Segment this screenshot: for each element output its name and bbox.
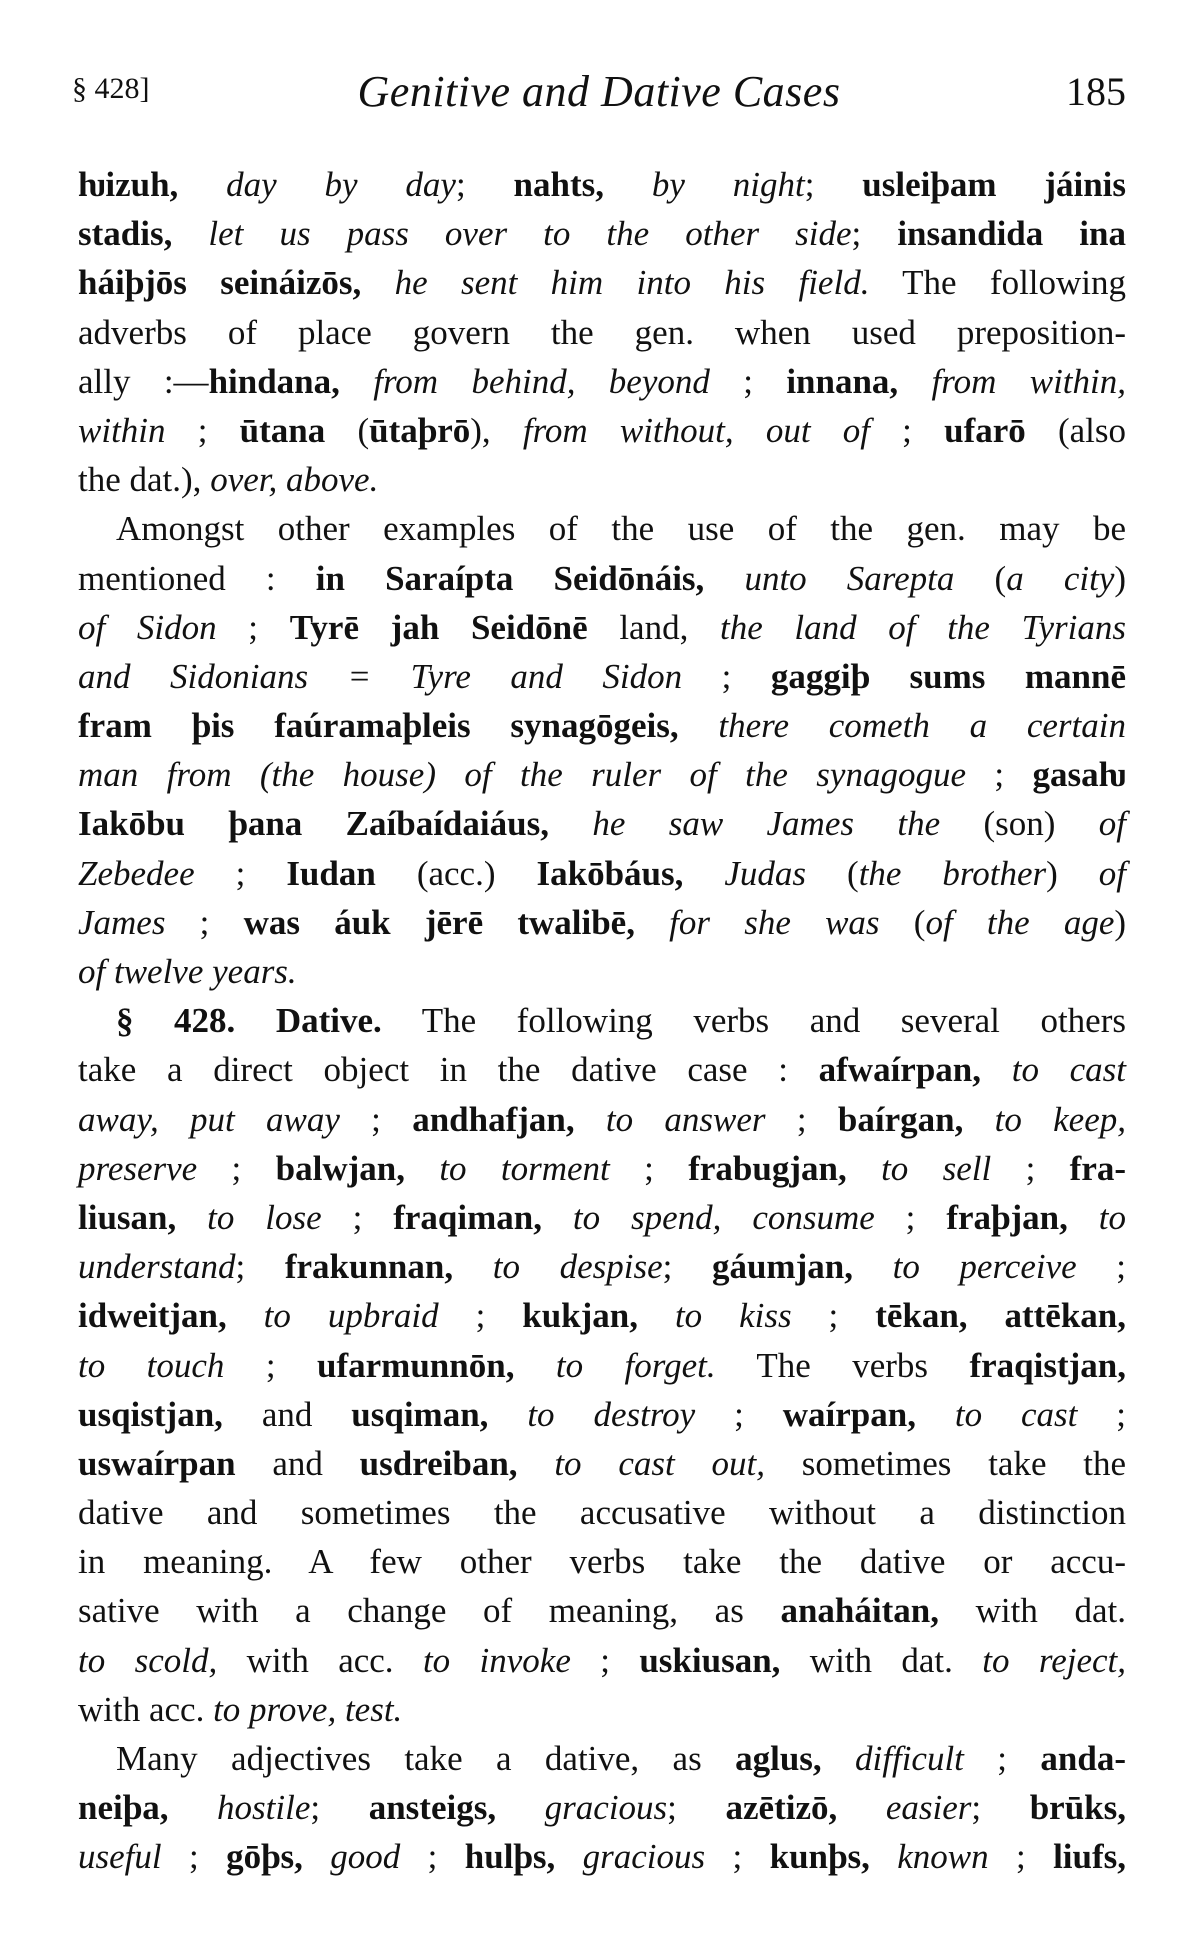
body-text: and bbox=[236, 1444, 360, 1483]
body-text bbox=[870, 1837, 897, 1876]
body-text: and bbox=[223, 1395, 351, 1434]
page-number: 185 bbox=[1066, 68, 1126, 115]
body-text: ; bbox=[166, 411, 240, 450]
body-text bbox=[405, 1149, 439, 1188]
body-text: ( bbox=[325, 411, 369, 450]
text-line: dative and sometimes the accusative with… bbox=[78, 1488, 1126, 1537]
body-text: ; bbox=[1077, 1247, 1126, 1286]
gothic-term: anda- bbox=[1040, 1739, 1126, 1778]
translation-text: a city bbox=[1006, 559, 1114, 598]
gothic-term: uskiusan, bbox=[639, 1641, 780, 1680]
body-text: (son) bbox=[940, 804, 1099, 843]
translation-text: hostile bbox=[217, 1788, 310, 1827]
body-text bbox=[176, 1198, 207, 1237]
translation-text: to spend, consume bbox=[573, 1198, 875, 1237]
gothic-term: afwaírpan, bbox=[819, 1050, 981, 1089]
gothic-term: andhafjan, bbox=[412, 1100, 574, 1139]
gothic-term: aglus, bbox=[735, 1739, 822, 1778]
body-text bbox=[178, 165, 226, 204]
gothic-term: idweitjan, bbox=[78, 1296, 227, 1335]
gothic-term: usqiman, bbox=[351, 1395, 488, 1434]
body-text bbox=[172, 214, 208, 253]
gothic-term: liusan, bbox=[78, 1198, 176, 1237]
body-text: land, bbox=[588, 608, 720, 647]
translation-text: day by day bbox=[226, 165, 456, 204]
translation-text: there cometh a certain bbox=[718, 706, 1126, 745]
body-text bbox=[916, 1395, 955, 1434]
translation-text: by night bbox=[652, 165, 805, 204]
text-line: within ; ūtana (ūtaþrō), from without, o… bbox=[78, 406, 1126, 455]
translation-text: of bbox=[1099, 854, 1126, 893]
text-line: away, put away ; andhafjan, to answer ; … bbox=[78, 1095, 1126, 1144]
body-text: ) bbox=[1046, 854, 1099, 893]
body-text: ; bbox=[571, 1641, 639, 1680]
body-text: ; bbox=[852, 214, 898, 253]
text-line: adverbs of place govern the gen. when us… bbox=[78, 308, 1126, 357]
translation-text: he sent him into his field. bbox=[395, 263, 870, 302]
body-text bbox=[822, 1739, 855, 1778]
body-text: ( bbox=[880, 903, 926, 942]
translation-text: to despise bbox=[493, 1247, 663, 1286]
gothic-term: gaggiþ sums mannē bbox=[771, 657, 1126, 696]
body-text bbox=[361, 263, 394, 302]
translation-text: man from (the house) of the ruler of the… bbox=[78, 755, 966, 794]
gothic-term: insandida ina bbox=[897, 214, 1126, 253]
body-text: The following bbox=[869, 263, 1126, 302]
body-text: Amongst other examples of the use of the… bbox=[116, 509, 1126, 548]
gothic-term: frabugjan, bbox=[688, 1149, 847, 1188]
body-text: mentioned : bbox=[78, 559, 316, 598]
translation-text: to cast bbox=[1012, 1050, 1126, 1089]
translation-text: from behind, beyond bbox=[373, 362, 710, 401]
gothic-term: azētizō, bbox=[726, 1788, 838, 1827]
gothic-term: was áuk jērē twalibē, bbox=[244, 903, 635, 942]
translation-text: from within, bbox=[932, 362, 1126, 401]
gothic-term: fraqiman, bbox=[393, 1198, 542, 1237]
translation-text: to perceive bbox=[893, 1247, 1077, 1286]
text-line: idweitjan, to upbraid ; kukjan, to kiss … bbox=[78, 1291, 1126, 1340]
translation-text: understand bbox=[78, 1247, 236, 1286]
translation-text: Zebedee bbox=[78, 854, 195, 893]
text-line: with acc. to prove, test. bbox=[78, 1685, 1126, 1734]
body-text: the dat.), bbox=[78, 460, 210, 499]
body-text: ; bbox=[792, 1296, 876, 1335]
body-text bbox=[227, 1296, 264, 1335]
translation-text: within bbox=[78, 411, 166, 450]
translation-text: to torment bbox=[439, 1149, 609, 1188]
body-text: ; bbox=[340, 1100, 412, 1139]
gothic-term: ufarō bbox=[944, 411, 1026, 450]
body-text: ; bbox=[224, 1346, 317, 1385]
body-text bbox=[853, 1247, 893, 1286]
gothic-term: brūks, bbox=[1030, 1788, 1126, 1827]
translation-text: the land of the Tyrians bbox=[720, 608, 1126, 647]
gothic-term: kukjan, bbox=[522, 1296, 638, 1335]
body-text: sative with a change of meaning, as bbox=[78, 1591, 780, 1630]
gothic-term: ufarmunnōn, bbox=[317, 1346, 514, 1385]
gothic-term: frakunnan, bbox=[285, 1247, 453, 1286]
body-text: adverbs of place govern the gen. when us… bbox=[78, 313, 1126, 352]
text-line: háiþjōs seináizōs, he sent him into his … bbox=[78, 258, 1126, 307]
body-text: ) bbox=[1114, 559, 1126, 598]
translation-text: James bbox=[78, 903, 165, 942]
translation-text: useful bbox=[78, 1837, 162, 1876]
gothic-term: usdreiban, bbox=[360, 1444, 518, 1483]
translation-text: of Sidon bbox=[78, 608, 217, 647]
body-text: ( bbox=[806, 854, 859, 893]
translation-text: to destroy bbox=[527, 1395, 695, 1434]
text-line: useful ; gōþs, good ; hulþs, gracious ; … bbox=[78, 1832, 1126, 1881]
body-text: ; bbox=[663, 1247, 712, 1286]
gothic-term: fram þis faúramaþleis synagōgeis, bbox=[78, 706, 679, 745]
body-text: ; bbox=[966, 755, 1033, 794]
body-text bbox=[981, 1050, 1012, 1089]
body-text: ( bbox=[954, 559, 1006, 598]
text-line: ƕizuh, day by day; nahts, by night; usle… bbox=[78, 160, 1126, 209]
translation-text: good bbox=[330, 1837, 400, 1876]
body-text: ; bbox=[439, 1296, 523, 1335]
text-line: usqistjan, and usqiman, to destroy ; waí… bbox=[78, 1390, 1126, 1439]
translation-text: to cast bbox=[955, 1395, 1078, 1434]
body-text: ; bbox=[162, 1837, 226, 1876]
text-line: to scold, with acc. to invoke ; uskiusan… bbox=[78, 1636, 1126, 1685]
text-line: uswaírpan and usdreiban, to cast out, so… bbox=[78, 1439, 1126, 1488]
body-text bbox=[555, 1837, 582, 1876]
body-text: take a direct object in the dative case … bbox=[78, 1050, 819, 1089]
running-header: § 428] Genitive and Dative Cases 185 bbox=[72, 66, 1126, 126]
body-text bbox=[683, 854, 724, 893]
text-line: and Sidonians = Tyre and Sidon ; gaggiþ … bbox=[78, 652, 1126, 701]
body-text bbox=[453, 1247, 493, 1286]
gothic-term: in Saraípta Seidōnáis, bbox=[316, 559, 705, 598]
translation-text: unto Sarepta bbox=[744, 559, 954, 598]
body-text bbox=[635, 903, 669, 942]
body-text: The following verbs and several others bbox=[382, 1001, 1126, 1040]
translation-text: to forget. bbox=[556, 1346, 716, 1385]
gothic-term: usqistjan, bbox=[78, 1395, 223, 1434]
body-text: ; bbox=[705, 1837, 769, 1876]
body-text: (also bbox=[1026, 411, 1126, 450]
translation-text: to bbox=[1099, 1198, 1126, 1237]
translation-text: of bbox=[1099, 804, 1126, 843]
gothic-term: ansteigs, bbox=[369, 1788, 496, 1827]
body-text: ; bbox=[989, 1837, 1053, 1876]
gothic-term: háiþjōs seináizōs, bbox=[78, 263, 361, 302]
body-text: ; bbox=[971, 1788, 1029, 1827]
gothic-term: § 428. Dative. bbox=[116, 1001, 382, 1040]
gothic-term: anaháitan, bbox=[780, 1591, 939, 1630]
body-text: ; bbox=[217, 608, 290, 647]
text-line: of Sidon ; Tyrē jah Seidōnē land, the la… bbox=[78, 603, 1126, 652]
gothic-term: gáumjan, bbox=[712, 1247, 853, 1286]
body-text: with dat. bbox=[780, 1641, 982, 1680]
body-text bbox=[542, 1198, 573, 1237]
body-text bbox=[518, 1444, 555, 1483]
translation-text: to reject, bbox=[982, 1641, 1126, 1680]
body-text: ; bbox=[695, 1395, 783, 1434]
translation-text: of twelve years. bbox=[78, 952, 297, 991]
body-text bbox=[303, 1837, 330, 1876]
translation-text: gracious bbox=[583, 1837, 706, 1876]
body-text bbox=[549, 804, 592, 843]
body-text: ; bbox=[610, 1149, 688, 1188]
text-line: in meaning. A few other verbs take the d… bbox=[78, 1537, 1126, 1586]
gothic-term: ūtana bbox=[240, 411, 326, 450]
gothic-term: hindana, bbox=[209, 362, 340, 401]
gothic-term: uswaírpan bbox=[78, 1444, 236, 1483]
gothic-term: innana, bbox=[786, 362, 898, 401]
gothic-term: fraþjan, bbox=[946, 1198, 1068, 1237]
translation-text: let us pass over to the other side bbox=[208, 214, 851, 253]
body-text bbox=[514, 1346, 555, 1385]
page-body-text: ƕizuh, day by day; nahts, by night; usle… bbox=[78, 160, 1126, 1882]
body-text bbox=[847, 1149, 881, 1188]
body-text: ; bbox=[165, 903, 243, 942]
body-text bbox=[604, 165, 652, 204]
translation-text: over, above. bbox=[210, 460, 378, 499]
text-line: Amongst other examples of the use of the… bbox=[78, 504, 1126, 553]
gothic-term: ƕizuh, bbox=[78, 165, 178, 204]
gothic-term: usleiþam jáinis bbox=[862, 165, 1126, 204]
body-text: ; bbox=[1077, 1395, 1126, 1434]
body-text: ; bbox=[197, 1149, 275, 1188]
gothic-term: fra- bbox=[1070, 1149, 1126, 1188]
gothic-term: ūtaþrō bbox=[369, 411, 470, 450]
translation-text: to cast out, bbox=[554, 1444, 765, 1483]
text-line: James ; was áuk jērē twalibē, for she wa… bbox=[78, 898, 1126, 947]
text-line: ally :—hindana, from behind, beyond ; in… bbox=[78, 357, 1126, 406]
body-text: ; bbox=[964, 1739, 1040, 1778]
body-text: dative and sometimes the accusative with… bbox=[78, 1493, 1126, 1532]
body-text bbox=[1068, 1198, 1099, 1237]
gothic-term: stadis, bbox=[78, 214, 172, 253]
text-line: neiþa, hostile; ansteigs, gracious; azēt… bbox=[78, 1783, 1126, 1832]
body-text: ally :— bbox=[78, 362, 209, 401]
gothic-term: tēkan, attēkan, bbox=[875, 1296, 1126, 1335]
body-text bbox=[963, 1100, 994, 1139]
translation-text: known bbox=[897, 1837, 988, 1876]
translation-text: to invoke bbox=[423, 1641, 571, 1680]
body-text bbox=[638, 1296, 675, 1335]
translation-text: to answer bbox=[606, 1100, 766, 1139]
gothic-term: Iakōbu þana Zaíbaídaiáus, bbox=[78, 804, 549, 843]
text-line: mentioned : in Saraípta Seidōnáis, unto … bbox=[78, 554, 1126, 603]
body-text: ; bbox=[710, 362, 786, 401]
body-text: (acc.) bbox=[376, 854, 537, 893]
gothic-term: neiþa, bbox=[78, 1788, 168, 1827]
body-text: with acc. bbox=[78, 1690, 213, 1729]
translation-text: to scold, bbox=[78, 1641, 217, 1680]
body-text bbox=[496, 1788, 545, 1827]
translation-text: to kiss bbox=[675, 1296, 792, 1335]
body-text bbox=[488, 1395, 527, 1434]
body-text: with dat. bbox=[939, 1591, 1126, 1630]
body-text bbox=[898, 362, 931, 401]
gothic-term: Iakōbáus, bbox=[536, 854, 683, 893]
translation-text: Judas bbox=[724, 854, 806, 893]
body-text bbox=[340, 362, 373, 401]
text-line: man from (the house) of the ruler of the… bbox=[78, 750, 1126, 799]
gothic-term: Tyrē jah Seidōnē bbox=[290, 608, 588, 647]
translation-text: for she was bbox=[669, 903, 879, 942]
gothic-term: gasaƕ bbox=[1033, 755, 1126, 794]
translation-text: easier bbox=[886, 1788, 972, 1827]
translation-text: difficult bbox=[855, 1739, 964, 1778]
body-text: ; bbox=[310, 1788, 368, 1827]
translation-text: to touch bbox=[78, 1346, 224, 1385]
text-line: to touch ; ufarmunnōn, to forget. The ve… bbox=[78, 1341, 1126, 1390]
translation-text: to sell bbox=[881, 1149, 991, 1188]
gothic-term: kunþs, bbox=[770, 1837, 870, 1876]
gothic-term: fraqistjan, bbox=[969, 1346, 1126, 1385]
translation-text: he saw James the bbox=[592, 804, 940, 843]
gothic-term: baírgan, bbox=[838, 1100, 963, 1139]
text-line: fram þis faúramaþleis synagōgeis, there … bbox=[78, 701, 1126, 750]
body-text: ; bbox=[456, 165, 514, 204]
translation-text: to lose bbox=[207, 1198, 322, 1237]
gothic-term: waírpan, bbox=[783, 1395, 916, 1434]
body-text: ; bbox=[682, 657, 771, 696]
translation-text: of the age bbox=[925, 903, 1114, 942]
translation-text: from without, out of bbox=[523, 411, 870, 450]
body-text: ) bbox=[1114, 903, 1126, 942]
body-text: ; bbox=[991, 1149, 1069, 1188]
text-line: Iakōbu þana Zaíbaídaiáus, he saw James t… bbox=[78, 799, 1126, 848]
body-text bbox=[837, 1788, 886, 1827]
gothic-term: balwjan, bbox=[276, 1149, 405, 1188]
body-text: ; bbox=[236, 1247, 285, 1286]
text-line: the dat.), over, above. bbox=[78, 455, 1126, 504]
gothic-term: nahts, bbox=[514, 165, 604, 204]
translation-text: to prove, test. bbox=[213, 1690, 402, 1729]
body-text: ; bbox=[400, 1837, 464, 1876]
body-text: ; bbox=[322, 1198, 394, 1237]
translation-text: and Sidonians = Tyre and Sidon bbox=[78, 657, 682, 696]
translation-text: away, put away bbox=[78, 1100, 340, 1139]
text-line: stadis, let us pass over to the other si… bbox=[78, 209, 1126, 258]
body-text: in meaning. A few other verbs take the d… bbox=[78, 1542, 1126, 1581]
text-line: sative with a change of meaning, as anah… bbox=[78, 1586, 1126, 1635]
gothic-term: gōþs, bbox=[226, 1837, 303, 1876]
body-text bbox=[704, 559, 744, 598]
translation-text: gracious bbox=[545, 1788, 668, 1827]
text-line: § 428. Dative. The following verbs and s… bbox=[78, 996, 1126, 1045]
body-text: ), bbox=[470, 411, 523, 450]
gothic-term: Iudan bbox=[286, 854, 376, 893]
translation-text: to upbraid bbox=[264, 1296, 439, 1335]
gothic-term: hulþs, bbox=[465, 1837, 556, 1876]
text-line: understand; frakunnan, to despise; gáumj… bbox=[78, 1242, 1126, 1291]
body-text: with acc. bbox=[217, 1641, 423, 1680]
body-text bbox=[575, 1100, 606, 1139]
gothic-term: liufs, bbox=[1053, 1837, 1126, 1876]
text-line: of twelve years. bbox=[78, 947, 1126, 996]
body-text: ; bbox=[667, 1788, 725, 1827]
text-line: take a direct object in the dative case … bbox=[78, 1045, 1126, 1094]
body-text: ; bbox=[195, 854, 287, 893]
body-text bbox=[679, 706, 719, 745]
body-text: Many adjectives take a dative, as bbox=[116, 1739, 735, 1778]
body-text: ; bbox=[805, 165, 863, 204]
body-text: The verbs bbox=[716, 1346, 970, 1385]
translation-text: to keep, bbox=[995, 1100, 1126, 1139]
page-title: Genitive and Dative Cases bbox=[72, 66, 1126, 117]
body-text: ; bbox=[870, 411, 944, 450]
body-text bbox=[168, 1788, 217, 1827]
body-text: ; bbox=[766, 1100, 838, 1139]
text-line: liusan, to lose ; fraqiman, to spend, co… bbox=[78, 1193, 1126, 1242]
translation-text: preserve bbox=[78, 1149, 197, 1188]
translation-text: the brother bbox=[859, 854, 1046, 893]
text-line: Many adjectives take a dative, as aglus,… bbox=[78, 1734, 1126, 1783]
body-text: sometimes take the bbox=[765, 1444, 1126, 1483]
text-line: Zebedee ; Iudan (acc.) Iakōbáus, Judas (… bbox=[78, 849, 1126, 898]
text-line: preserve ; balwjan, to torment ; frabugj… bbox=[78, 1144, 1126, 1193]
body-text: ; bbox=[875, 1198, 947, 1237]
